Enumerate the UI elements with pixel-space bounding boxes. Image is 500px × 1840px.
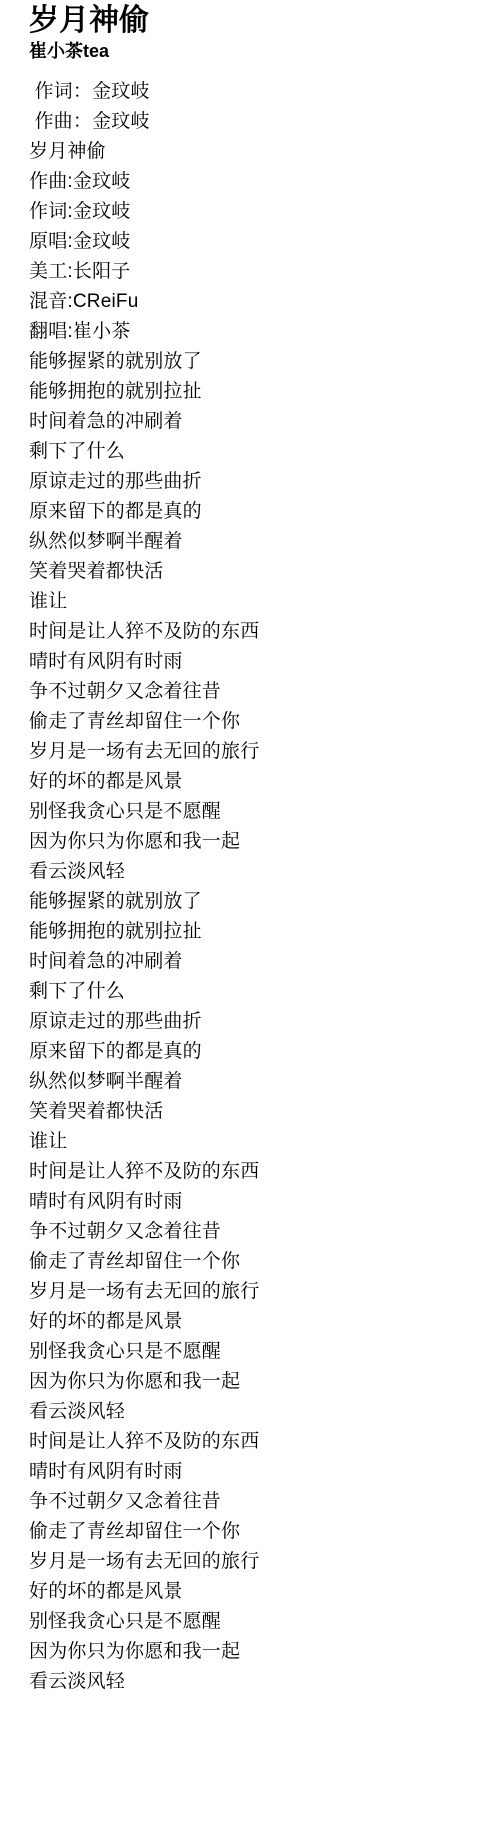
lyric-line: 原来留下的都是真的 [29, 497, 500, 527]
lyric-line: 好的坏的都是风景 [29, 1307, 500, 1337]
lyric-line: 谁让 [29, 587, 500, 617]
lyric-line: 作词：金玟岐 [29, 77, 500, 107]
lyric-line: 翻唱:崔小茶 [29, 317, 500, 347]
lyric-line: 偷走了青丝却留住一个你 [29, 707, 500, 737]
lyric-line: 剩下了什么 [29, 437, 500, 467]
lyric-line: 混音:CReiFu [29, 287, 500, 317]
lyric-line: 美工:长阳子 [29, 257, 500, 287]
lyric-line: 岁月是一场有去无回的旅行 [29, 737, 500, 767]
lyric-line: 原唱:金玟岐 [29, 227, 500, 257]
lyric-line: 偷走了青丝却留住一个你 [29, 1517, 500, 1547]
lyric-line: 纵然似梦啊半醒着 [29, 527, 500, 557]
lyric-line: 别怪我贪心只是不愿醒 [29, 1337, 500, 1367]
lyric-line: 岁月神偷 [29, 137, 500, 167]
lyric-line: 偷走了青丝却留住一个你 [29, 1247, 500, 1277]
lyric-line: 笑着哭着都快活 [29, 557, 500, 587]
lyric-line: 能够握紧的就别放了 [29, 887, 500, 917]
lyric-line: 晴时有风阴有时雨 [29, 1187, 500, 1217]
lyric-line: 争不过朝夕又念着往昔 [29, 677, 500, 707]
lyric-line: 谁让 [29, 1127, 500, 1157]
lyric-line: 能够拥抱的就别拉扯 [29, 377, 500, 407]
lyric-line: 能够拥抱的就别拉扯 [29, 917, 500, 947]
lyrics-list: 作词：金玟岐 作曲：金玟岐岁月神偷作曲:金玟岐作词:金玟岐原唱:金玟岐美工:长阳… [29, 77, 500, 1697]
lyric-line: 时间是让人猝不及防的东西 [29, 1157, 500, 1187]
lyric-line: 剩下了什么 [29, 977, 500, 1007]
lyric-line: 别怪我贪心只是不愿醒 [29, 1607, 500, 1637]
lyric-line: 时间着急的冲刷着 [29, 947, 500, 977]
lyric-line: 晴时有风阴有时雨 [29, 647, 500, 677]
lyric-line: 别怪我贪心只是不愿醒 [29, 797, 500, 827]
lyric-line: 纵然似梦啊半醒着 [29, 1067, 500, 1097]
lyric-line: 看云淡风轻 [29, 1397, 500, 1427]
lyric-line: 作曲:金玟岐 [29, 167, 500, 197]
lyric-line: 争不过朝夕又念着往昔 [29, 1217, 500, 1247]
lyric-line: 原谅走过的那些曲折 [29, 1007, 500, 1037]
lyric-line: 岁月是一场有去无回的旅行 [29, 1547, 500, 1577]
lyric-line: 因为你只为你愿和我一起 [29, 1367, 500, 1397]
lyric-line: 看云淡风轻 [29, 1667, 500, 1697]
lyric-line: 好的坏的都是风景 [29, 1577, 500, 1607]
lyric-line: 笑着哭着都快活 [29, 1097, 500, 1127]
lyric-line: 作词:金玟岐 [29, 197, 500, 227]
page-title: 岁月神偷 [29, 2, 500, 40]
lyric-line: 看云淡风轻 [29, 857, 500, 887]
lyric-line: 作曲：金玟岐 [29, 107, 500, 137]
lyric-line: 好的坏的都是风景 [29, 767, 500, 797]
lyric-line: 时间着急的冲刷着 [29, 407, 500, 437]
lyric-line: 因为你只为你愿和我一起 [29, 1637, 500, 1667]
artist-name: 崔小茶tea [29, 40, 500, 62]
lyric-line: 岁月是一场有去无回的旅行 [29, 1277, 500, 1307]
lyrics-page: 岁月神偷 崔小茶tea 作词：金玟岐 作曲：金玟岐岁月神偷作曲:金玟岐作词:金玟… [0, 0, 500, 1697]
lyric-line: 能够握紧的就别放了 [29, 347, 500, 377]
lyric-line: 时间是让人猝不及防的东西 [29, 1427, 500, 1457]
lyric-line: 因为你只为你愿和我一起 [29, 827, 500, 857]
lyric-line: 时间是让人猝不及防的东西 [29, 617, 500, 647]
lyric-line: 原来留下的都是真的 [29, 1037, 500, 1067]
lyric-line: 争不过朝夕又念着往昔 [29, 1487, 500, 1517]
lyric-line: 原谅走过的那些曲折 [29, 467, 500, 497]
lyric-line: 晴时有风阴有时雨 [29, 1457, 500, 1487]
